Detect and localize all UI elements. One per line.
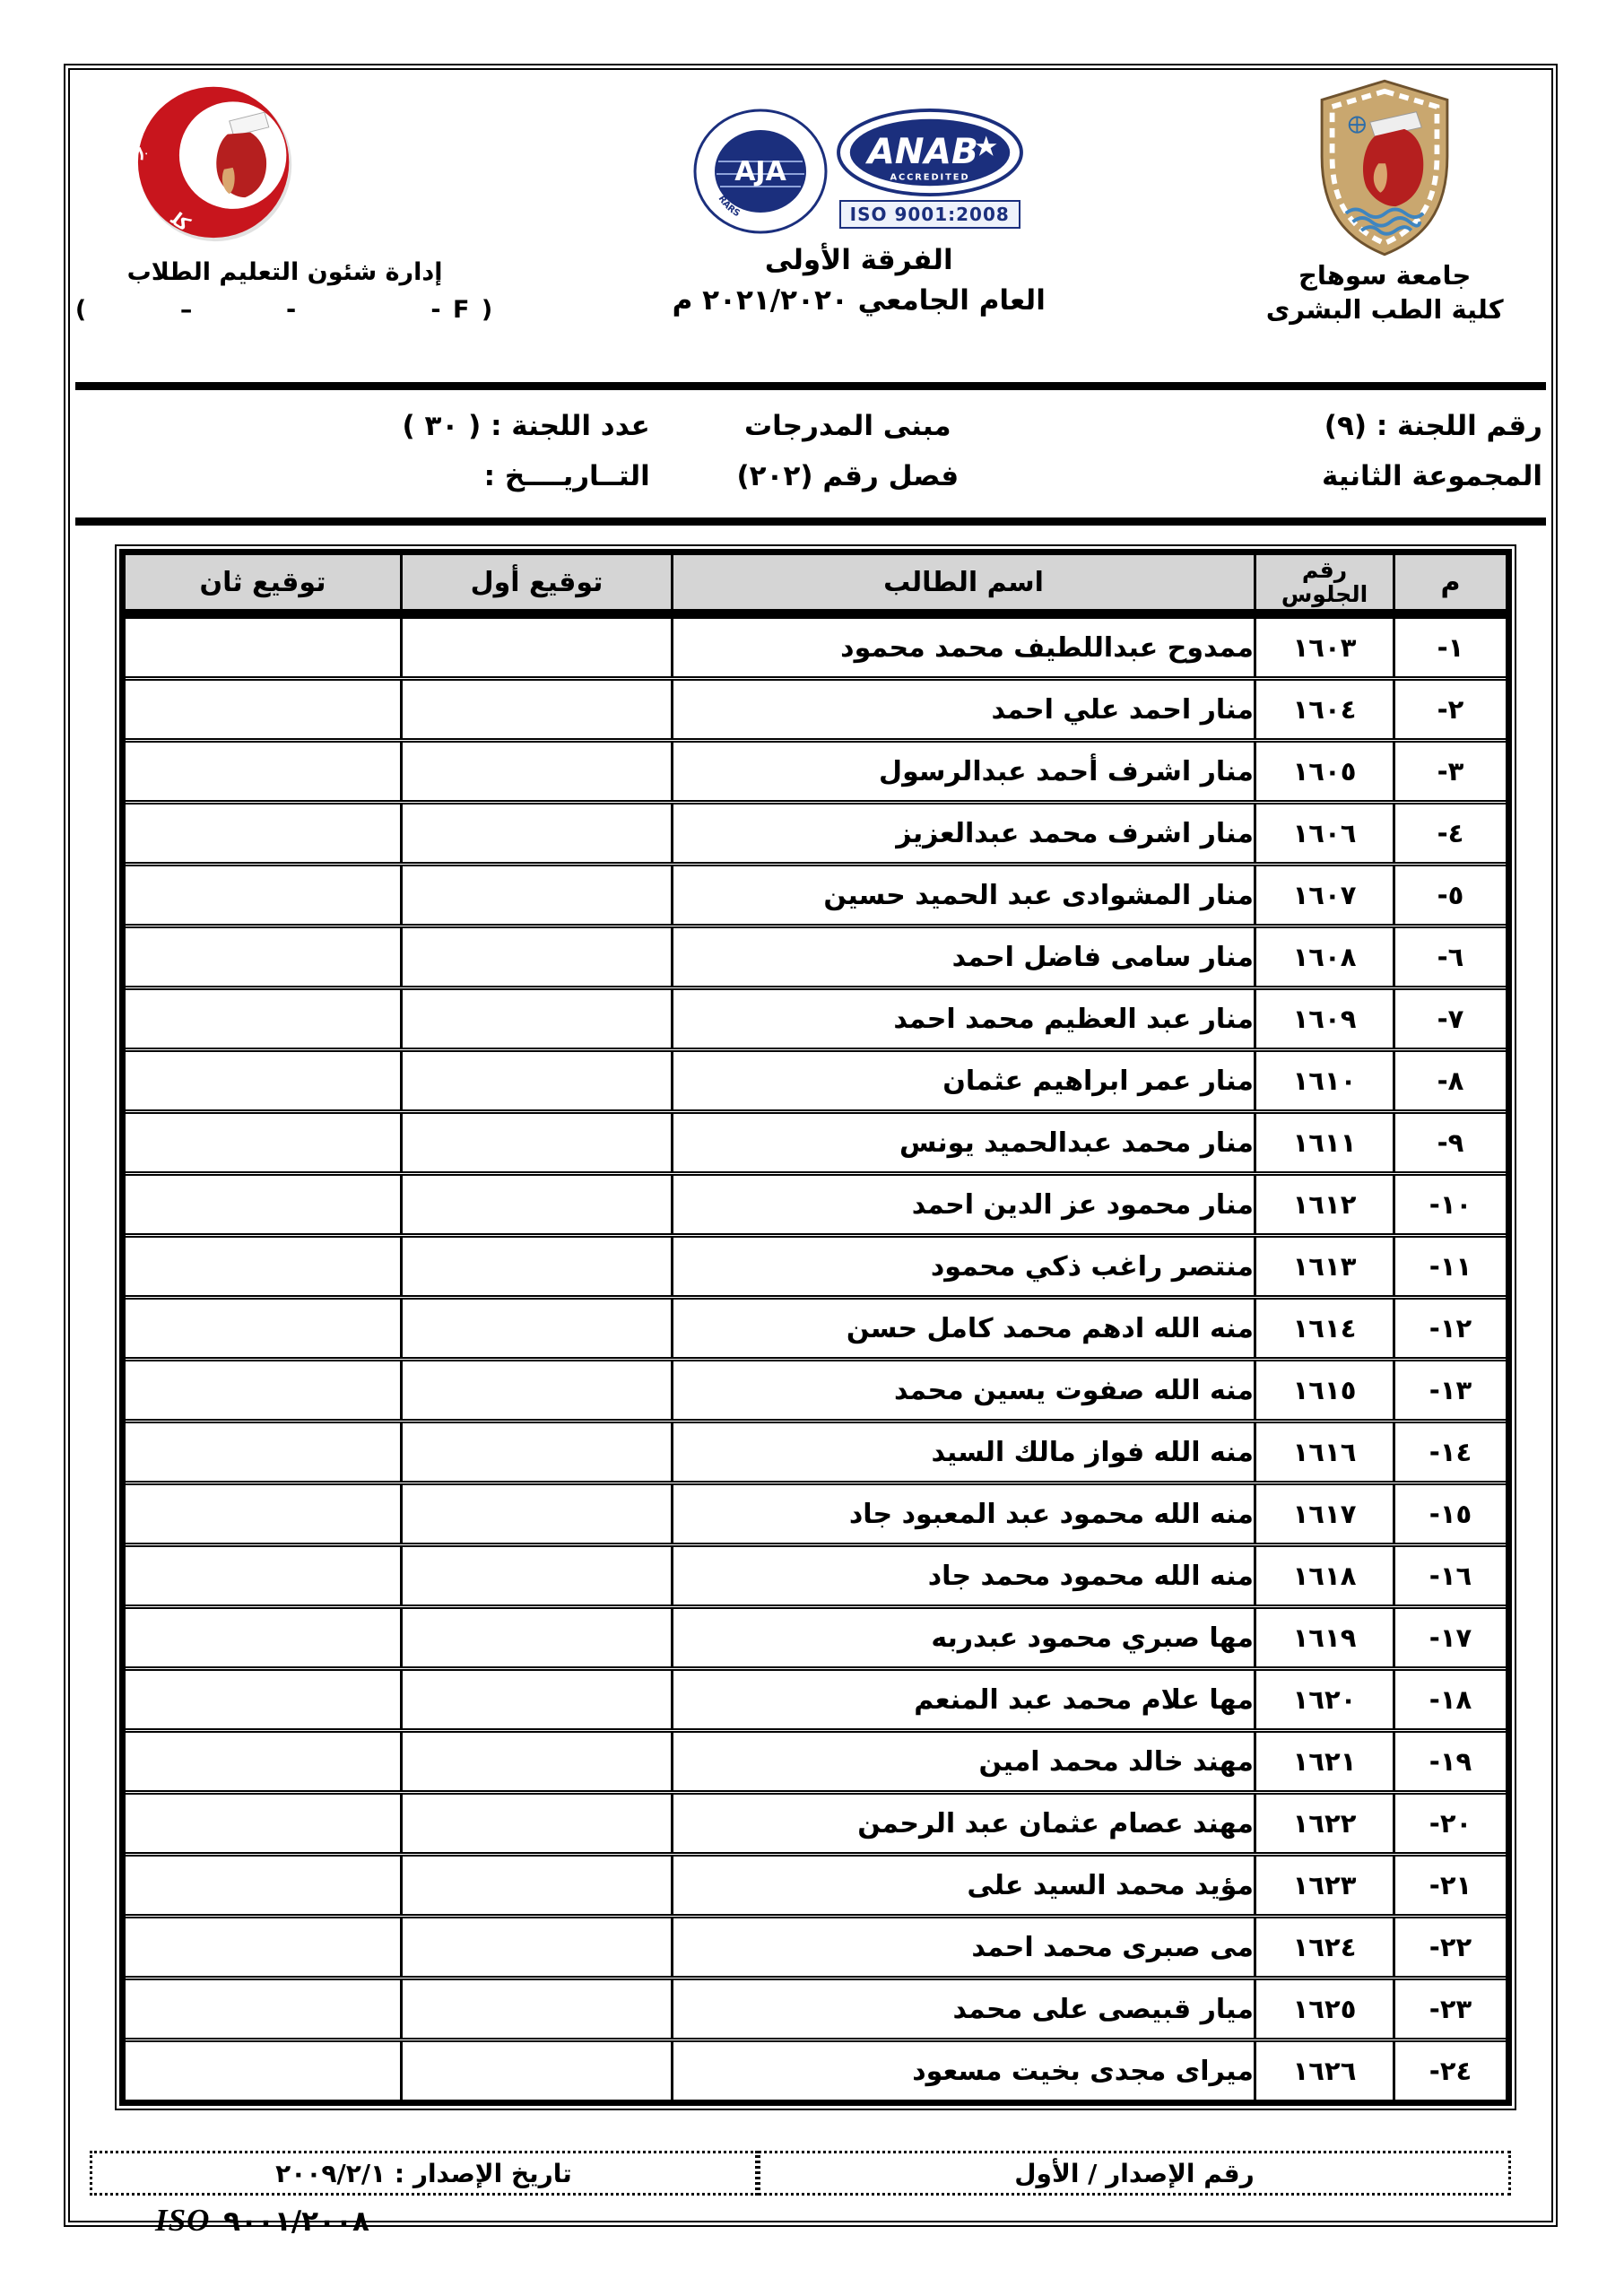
second-signature-cell (123, 865, 402, 926)
row-index: ١٦- (1394, 1545, 1509, 1607)
row-index: ٢٣- (1394, 1979, 1509, 2040)
first-signature-cell (402, 614, 673, 679)
student-name: منار عبد العظيم محمد احمد (673, 988, 1255, 1050)
seat-number: ١٦٠٣ (1255, 614, 1394, 679)
second-signature-cell (123, 679, 402, 741)
seat-number: ١٦١٣ (1255, 1236, 1394, 1298)
student-name: مى صبرى محمد احمد (673, 1917, 1255, 1979)
iso-label: ISO (155, 2203, 210, 2238)
row-index: ٢١- (1394, 1855, 1509, 1917)
table-row: ١-١٦٠٣ممدوح عبداللطيف محمد محمود (123, 614, 1509, 679)
student-name: منار اشرف أحمد عبدالرسول (673, 741, 1255, 803)
count-date-block: عدد اللجنة : ( ٣٠ ) التــاريــــخ : (70, 401, 663, 505)
student-name: منه الله ادهم محمد كامل حسن (673, 1298, 1255, 1360)
second-signature-cell (123, 1360, 402, 1422)
table-row: ١١-١٦١٣منتصر راغب ذكي محمود (123, 1236, 1509, 1298)
header-center-block: ANAB ACCREDITED ISO 9001:2008 (499, 77, 1218, 382)
grade-title: الفرقة الأولى (765, 240, 953, 280)
second-signature-cell (123, 1731, 402, 1793)
second-signature-cell (123, 1112, 402, 1174)
first-signature-cell (402, 1422, 673, 1483)
row-index: ١٤- (1394, 1422, 1509, 1483)
academic-year: العام الجامعي ٢٠٢١/٢٠٢٠ م (673, 280, 1046, 321)
seat-number: ١٦٠٦ (1255, 803, 1394, 865)
divider-rule-top (75, 382, 1546, 390)
student-name: منار اشرف محمد عبدالعزيز (673, 803, 1255, 865)
student-name: منار سامى فاضل احمد (673, 926, 1255, 988)
row-index: ٣- (1394, 741, 1509, 803)
first-signature-cell (402, 1669, 673, 1731)
row-index: ٨- (1394, 1050, 1509, 1112)
seat-number: ١٦١٨ (1255, 1545, 1394, 1607)
seat-number: ١٦٢٣ (1255, 1855, 1394, 1917)
row-index: ٧- (1394, 988, 1509, 1050)
table-row: ٢١-١٦٢٣مؤيد محمد السيد على (123, 1855, 1509, 1917)
group-name: المجموعة الثانية (1033, 451, 1542, 501)
student-name: منتصر راغب ذكي محمود (673, 1236, 1255, 1298)
student-name: ممدوح عبداللطيف محمد محمود (673, 614, 1255, 679)
seat-number: ١٦١٧ (1255, 1483, 1394, 1545)
first-signature-cell (402, 1545, 673, 1607)
svg-text:AJA: AJA (734, 156, 786, 187)
second-signature-cell (123, 741, 402, 803)
row-index: ٢٢- (1394, 1917, 1509, 1979)
committee-count: عدد اللجنة : ( ٣٠ ) (70, 401, 650, 451)
seat-number: ١٦٠٩ (1255, 988, 1394, 1050)
anab-block: ANAB ACCREDITED ISO 9001:2008 (835, 108, 1025, 229)
row-index: ١٥- (1394, 1483, 1509, 1545)
header-index: م (1394, 552, 1509, 614)
student-name: منار المشوادى عبد الحميد حسين (673, 865, 1255, 926)
first-signature-cell (402, 1112, 673, 1174)
seat-number: ١٦١٠ (1255, 1050, 1394, 1112)
row-index: ١٠- (1394, 1174, 1509, 1236)
aja-registrars-logo-icon: AJA ANGLO JAPANESE AMERICAN REGISTRARS (693, 108, 828, 235)
table-row: ٣-١٦٠٥منار اشرف أحمد عبدالرسول (123, 741, 1509, 803)
first-signature-cell (402, 679, 673, 741)
student-name: ميار قبيصى على محمد (673, 1979, 1255, 2040)
svg-text:ANGLO JAPANESE AMERICAN: ANGLO JAPANESE AMERICAN (693, 108, 698, 110)
seat-number: ١٦٢٢ (1255, 1793, 1394, 1855)
student-name: منار محمد عبدالحميد يونس (673, 1112, 1255, 1174)
first-signature-cell (402, 1793, 673, 1855)
student-name: منه الله صفوت يسين محمد (673, 1360, 1255, 1422)
student-name: منار عمر ابراهيم عثمان (673, 1050, 1255, 1112)
seat-number: ١٦٢١ (1255, 1731, 1394, 1793)
table-row: ١٢-١٦١٤منه الله ادهم محمد كامل حسن (123, 1298, 1509, 1360)
table-row: ١٥-١٦١٧منه الله محمود عبد المعبود جاد (123, 1483, 1509, 1545)
table-row: ٢٢-١٦٢٤مى صبرى محمد احمد (123, 1917, 1509, 1979)
header-student-name: اسم الطالب (673, 552, 1255, 614)
table-row: ١٣-١٦١٥منه الله صفوت يسين محمد (123, 1360, 1509, 1422)
student-name: منار احمد علي احمد (673, 679, 1255, 741)
second-signature-cell (123, 988, 402, 1050)
first-signature-cell (402, 1607, 673, 1669)
table-row: ١٧-١٦١٩مها صبري محمود عبدربه (123, 1607, 1509, 1669)
iso-9001-badge: ISO 9001:2008 (839, 200, 1020, 229)
seat-number: ١٦٠٨ (1255, 926, 1394, 988)
first-signature-cell (402, 1050, 673, 1112)
anab-logo-icon: ANAB ACCREDITED (835, 108, 1025, 197)
second-signature-cell (123, 1174, 402, 1236)
first-signature-cell (402, 865, 673, 926)
student-name: ميراى مجدى بخيت مسعود (673, 2040, 1255, 2103)
location-block: مبنى المدرجات فصل رقم (٢٠٢) (663, 401, 1033, 505)
svg-text:ACCREDITED: ACCREDITED (890, 172, 969, 182)
header-left-block: جامعة سوهاج كلية الطب إدارة شئون التعليم… (70, 77, 499, 382)
crescent-faculty-logo-icon: جامعة سوهاج كلية الطب (126, 77, 310, 244)
table-row: ٨-١٦١٠منار عمر ابراهيم عثمان (123, 1050, 1509, 1112)
second-signature-cell (123, 1422, 402, 1483)
row-index: ١٩- (1394, 1731, 1509, 1793)
building-name: مبنى المدرجات (663, 401, 1033, 451)
issue-date-box: تاريخ الإصدار : ٢٠٠٩/٢/١ (90, 2151, 758, 2196)
second-signature-cell (123, 1793, 402, 1855)
seat-number: ١٦٢٥ (1255, 1979, 1394, 2040)
second-signature-cell (123, 1236, 402, 1298)
student-name: مهند عصام عثمان عبد الرحمن (673, 1793, 1255, 1855)
first-signature-cell (402, 2040, 673, 2103)
table-row: ٢-١٦٠٤منار احمد علي احمد (123, 679, 1509, 741)
student-name: منه الله محمود محمد جاد (673, 1545, 1255, 1607)
header-second-signature: توقيع ثان (123, 552, 402, 614)
row-index: ٢٤- (1394, 2040, 1509, 2103)
table-row: ١٨-١٦٢٠مها علام محمد عبد المنعم (123, 1669, 1509, 1731)
second-signature-cell (123, 1979, 402, 2040)
iso-certification-line: ISO ٩٠٠١/٢٠٠٨ (155, 2203, 1551, 2239)
table-row: ١٦-١٦١٨منه الله محمود محمد جاد (123, 1545, 1509, 1607)
first-signature-cell (402, 1979, 673, 2040)
first-signature-cell (402, 926, 673, 988)
row-index: ٢٠- (1394, 1793, 1509, 1855)
students-table: م رقم الجلوس اسم الطالب توقيع أول توقيع … (119, 549, 1512, 2106)
table-row: ٢٠-١٦٢٢مهند عصام عثمان عبد الرحمن (123, 1793, 1509, 1855)
faculty-name: كلية الطب البشرى (1266, 292, 1504, 326)
first-signature-cell (402, 803, 673, 865)
row-index: ٦- (1394, 926, 1509, 988)
student-name: منه الله فواز مالك السيد (673, 1422, 1255, 1483)
seat-number: ١٦١١ (1255, 1112, 1394, 1174)
table-row: ٦-١٦٠٨منار سامى فاضل احمد (123, 926, 1509, 988)
committee-number: رقم اللجنة : (٩) (1033, 401, 1542, 451)
row-index: ٢- (1394, 679, 1509, 741)
student-name: مها علام محمد عبد المنعم (673, 1669, 1255, 1731)
row-index: ١- (1394, 614, 1509, 679)
iso-number: ٩٠٠١/٢٠٠٨ (223, 2205, 369, 2238)
second-signature-cell (123, 2040, 402, 2103)
first-signature-cell (402, 1360, 673, 1422)
header-right-block: جامعة سوهاج كلية الطب البشرى (1218, 77, 1551, 382)
committee-info: رقم اللجنة : (٩) المجموعة الثانية مبنى ا… (70, 390, 1551, 517)
second-signature-cell (123, 1607, 402, 1669)
svg-text:ANAB: ANAB (864, 132, 977, 172)
second-signature-cell (123, 803, 402, 865)
first-signature-cell (402, 1174, 673, 1236)
second-signature-cell (123, 614, 402, 679)
seat-number: ١٦١٩ (1255, 1607, 1394, 1669)
student-name: منار محمود عز الدين احمد (673, 1174, 1255, 1236)
first-signature-cell (402, 1731, 673, 1793)
row-index: ١٧- (1394, 1607, 1509, 1669)
committee-number-block: رقم اللجنة : (٩) المجموعة الثانية (1033, 401, 1551, 505)
first-signature-cell (402, 988, 673, 1050)
row-index: ٤- (1394, 803, 1509, 865)
certification-logos: ANAB ACCREDITED ISO 9001:2008 (693, 108, 1025, 239)
second-signature-cell (123, 1050, 402, 1112)
table-row: ١٠-١٦١٢منار محمود عز الدين احمد (123, 1174, 1509, 1236)
table-row: ٧-١٦٠٩منار عبد العظيم محمد احمد (123, 988, 1509, 1050)
first-signature-cell (402, 1236, 673, 1298)
university-name: جامعة سوهاج (1298, 258, 1471, 292)
svg-text:جامعة سوهاج: جامعة سوهاج (126, 77, 150, 161)
first-signature-cell (402, 1917, 673, 1979)
date-label: التــاريــــخ : (70, 451, 650, 501)
seat-number: ١٦٠٧ (1255, 865, 1394, 926)
table-row: ٩-١٦١١منار محمد عبدالحميد يونس (123, 1112, 1509, 1174)
page-header: جامعة سوهاج كلية الطب البشرى ANAB ACCRED… (70, 70, 1551, 382)
table-row: ١٩-١٦٢١مهند خالد محمد امين (123, 1731, 1509, 1793)
seat-number: ١٦١٤ (1255, 1298, 1394, 1360)
second-signature-cell (123, 926, 402, 988)
student-name: مها صبري محمود عبدربه (673, 1607, 1255, 1669)
seat-number: ١٦٠٤ (1255, 679, 1394, 741)
seat-number: ١٦٢٠ (1255, 1669, 1394, 1731)
header-first-signature: توقيع أول (402, 552, 673, 614)
second-signature-cell (123, 1298, 402, 1360)
first-signature-cell (402, 1483, 673, 1545)
row-index: ١٨- (1394, 1669, 1509, 1731)
row-index: ١٢- (1394, 1298, 1509, 1360)
table-header-row: م رقم الجلوس اسم الطالب توقيع أول توقيع … (123, 552, 1509, 614)
first-signature-cell (402, 1855, 673, 1917)
student-name: مؤيد محمد السيد على (673, 1855, 1255, 1917)
table-row: ٥-١٦٠٧منار المشوادى عبد الحميد حسين (123, 865, 1509, 926)
seat-number: ١٦١٥ (1255, 1360, 1394, 1422)
seat-number: ١٦١٦ (1255, 1422, 1394, 1483)
footer-issue-row: رقم الإصدار / الأول تاريخ الإصدار : ٢٠٠٩… (90, 2151, 1511, 2196)
student-name: منه الله محمود عبد المعبود جاد (673, 1483, 1255, 1545)
second-signature-cell (123, 1855, 402, 1917)
second-signature-cell (123, 1917, 402, 1979)
room-number: فصل رقم (٢٠٢) (663, 451, 1033, 501)
issue-number-box: رقم الإصدار / الأول (758, 2151, 1511, 2196)
seat-number: ١٦٢٤ (1255, 1917, 1394, 1979)
second-signature-cell (123, 1669, 402, 1731)
second-signature-cell (123, 1545, 402, 1607)
table-row: ٤-١٦٠٦منار اشرف محمد عبدالعزيز (123, 803, 1509, 865)
row-index: ١٣- (1394, 1360, 1509, 1422)
page-frame: جامعة سوهاج كلية الطب البشرى ANAB ACCRED… (64, 64, 1558, 2227)
row-index: ٥- (1394, 865, 1509, 926)
header-seat-number: رقم الجلوس (1255, 552, 1394, 614)
table-row: ٢٤-١٦٢٦ميراى مجدى بخيت مسعود (123, 2040, 1509, 2103)
first-signature-cell (402, 1298, 673, 1360)
second-signature-cell (123, 1483, 402, 1545)
student-name: مهند خالد محمد امين (673, 1731, 1255, 1793)
sohag-university-shield-icon (1303, 77, 1466, 258)
row-index: ٩- (1394, 1112, 1509, 1174)
row-index: ١١- (1394, 1236, 1509, 1298)
seat-number: ١٦١٢ (1255, 1174, 1394, 1236)
seat-number: ١٦٢٦ (1255, 2040, 1394, 2103)
student-affairs-label: إدارة شئون التعليم الطلاب (127, 255, 443, 291)
table-row: ١٤-١٦١٦منه الله فواز مالك السيد (123, 1422, 1509, 1483)
form-code: ( F - - – ) (75, 296, 494, 324)
table-row: ٢٣-١٦٢٥ميار قبيصى على محمد (123, 1979, 1509, 2040)
seat-number: ١٦٠٥ (1255, 741, 1394, 803)
divider-rule-bottom (75, 517, 1546, 526)
first-signature-cell (402, 741, 673, 803)
